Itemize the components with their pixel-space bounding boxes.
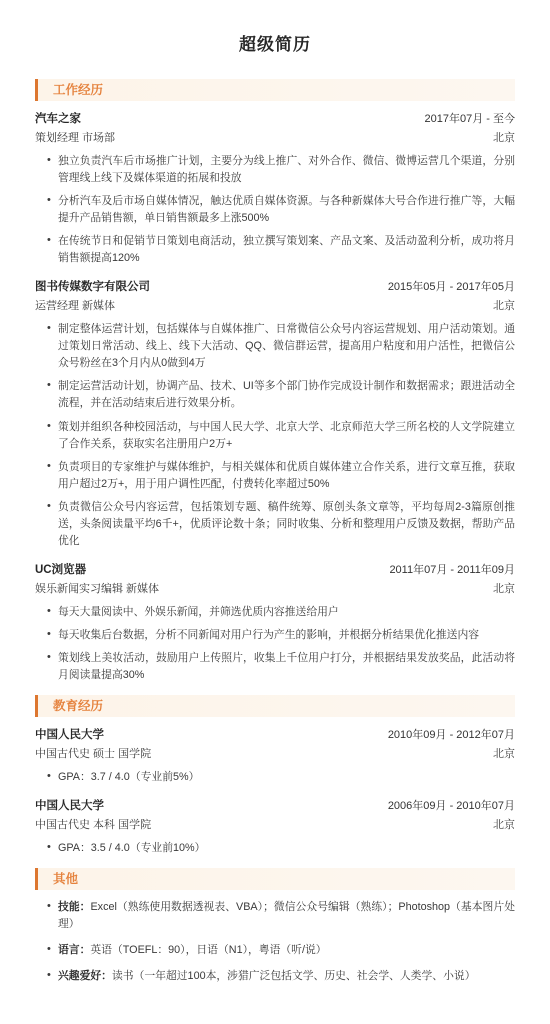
section-education: 教育经历中国人民大学2010年09月 - 2012年07月中国古代史 硕士 国学… (35, 695, 515, 857)
bullet-dot: • (47, 649, 51, 666)
resume-entry: 中国人民大学2006年09月 - 2010年07月中国古代史 本科 国学院北京•… (35, 797, 515, 857)
section-header-work: 工作经历 (35, 79, 515, 101)
section-other: 其他•技能：Excel（熟练使用数据透视表、VBA）；微信公众号编辑（熟练）；P… (35, 868, 515, 985)
bullet-dot: • (47, 232, 51, 249)
bullet-item: •技能：Excel（熟练使用数据透视表、VBA）；微信公众号编辑（熟练）；Pho… (47, 899, 515, 933)
entry-date: 2006年09月 - 2010年07月 (388, 797, 515, 813)
resume-entry: UC浏览器2011年07月 - 2011年09月娱乐新闻实习编辑 新媒体北京•每… (35, 561, 515, 684)
bullet-dot: • (47, 967, 51, 984)
bullet-item: •负责微信公众号内容运营，包括策划专题、稿件统筹、原创头条文章等，平均每周2-3… (47, 499, 515, 550)
entry-bullet-list: •GPA：3.5 / 4.0（专业前10%） (35, 840, 515, 857)
bullet-text: 负责微信公众号内容运营，包括策划专题、稿件统筹、原创头条文章等，平均每周2-3篇… (58, 501, 515, 547)
bullet-dot: • (47, 192, 51, 209)
entry-name: 中国人民大学 (35, 797, 104, 813)
entry-name: 汽车之家 (35, 110, 81, 126)
bullet-text: GPA：3.7 / 4.0（专业前5%） (58, 771, 199, 783)
bullet-text: 分析汽车及后市场自媒体情况，触达优质自媒体资源。与各种新媒体大号合作进行推广等，… (58, 195, 515, 224)
entry-subheader-row: 中国古代史 本科 国学院北京 (35, 816, 515, 832)
entry-subheader-row: 娱乐新闻实习编辑 新媒体北京 (35, 580, 515, 596)
bullet-text: GPA：3.5 / 4.0（专业前10%） (58, 842, 205, 854)
entry-subheader-row: 运营经理 新媒体北京 (35, 297, 515, 313)
entry-subheader-row: 中国古代史 硕士 国学院北京 (35, 745, 515, 761)
bullet-text: 制定整体运营计划，包括媒体与自媒体推广、日常微信公众号内容运营规划、用户活动策划… (58, 323, 515, 369)
bullet-item: •每天大量阅读中、外娱乐新闻，并筛选优质内容推送给用户 (47, 604, 515, 621)
resume-entry: 图书传媒数字有限公司2015年05月 - 2017年05月运营经理 新媒体北京•… (35, 278, 515, 550)
entry-header-row: 图书传媒数字有限公司2015年05月 - 2017年05月 (35, 278, 515, 294)
entry-header-row: UC浏览器2011年07月 - 2011年09月 (35, 561, 515, 577)
bullet-text: 在传统节日和促销节日策划电商活动，独立撰写策划案、产品文案、及活动盈利分析，成功… (58, 235, 515, 264)
bullet-dot: • (47, 898, 51, 915)
bullet-item: •分析汽车及后市场自媒体情况，触达优质自媒体资源。与各种新媒体大号合作进行推广等… (47, 193, 515, 227)
entry-header-row: 汽车之家2017年07月 - 至今 (35, 110, 515, 126)
bullet-item: •独立负责汽车后市场推广计划，主要分为线上推广、对外合作、微信、微博运营几个渠道… (47, 153, 515, 187)
bullet-item: •策划并组织各种校园活动，与中国人民大学、北京大学、北京师范大学三所名校的人文学… (47, 419, 515, 453)
entry-location: 北京 (493, 129, 515, 145)
bullet-dot: • (47, 152, 51, 169)
bullet-item: •GPA：3.7 / 4.0（专业前5%） (47, 769, 515, 786)
bullet-dot: • (47, 603, 51, 620)
entry-name: UC浏览器 (35, 561, 86, 577)
bullet-item: •GPA：3.5 / 4.0（专业前10%） (47, 840, 515, 857)
bullet-label: 语言： (58, 944, 90, 956)
bullet-dot: • (47, 941, 51, 958)
bullet-text: 策划并组织各种校园活动，与中国人民大学、北京大学、北京师范大学三所名校的人文学院… (58, 421, 515, 450)
bullet-label: 兴趣爱好： (58, 970, 112, 982)
resume-entry: 汽车之家2017年07月 - 至今策划经理 市场部北京•独立负责汽车后市场推广计… (35, 110, 515, 267)
entry-subtitle: 娱乐新闻实习编辑 新媒体 (35, 580, 159, 596)
bullet-dot: • (47, 498, 51, 515)
entry-subtitle: 策划经理 市场部 (35, 129, 115, 145)
bullet-item: •在传统节日和促销节日策划电商活动，独立撰写策划案、产品文案、及活动盈利分析，成… (47, 233, 515, 267)
bullet-dot: • (47, 768, 51, 785)
bullet-text: Excel（熟练使用数据透视表、VBA）；微信公众号编辑（熟练）；Photosh… (58, 901, 515, 930)
bullet-label: 技能： (58, 901, 90, 913)
bullet-item: •制定整体运营计划，包括媒体与自媒体推广、日常微信公众号内容运营规划、用户活动策… (47, 321, 515, 372)
entry-location: 北京 (493, 297, 515, 313)
bullet-item: •每天收集后台数据，分析不同新闻对用户行为产生的影响，并根据分析结果优化推送内容 (47, 627, 515, 644)
entry-subtitle: 运营经理 新媒体 (35, 297, 115, 313)
entry-subtitle: 中国古代史 硕士 国学院 (35, 745, 151, 761)
bullet-dot: • (47, 320, 51, 337)
entry-location: 北京 (493, 816, 515, 832)
other-bullet-list: •技能：Excel（熟练使用数据透视表、VBA）；微信公众号编辑（熟练）；Pho… (35, 899, 515, 985)
section-title: 其他 (53, 872, 78, 886)
bullet-dot: • (47, 458, 51, 475)
bullet-item: •负责项目的专家维护与媒体维护，与相关媒体和优质自媒体建立合作关系，进行文章互推… (47, 459, 515, 493)
bullet-text: 独立负责汽车后市场推广计划，主要分为线上推广、对外合作、微信、微博运营几个渠道，… (58, 155, 515, 184)
bullet-dot: • (47, 626, 51, 643)
resume-sections: 工作经历汽车之家2017年07月 - 至今策划经理 市场部北京•独立负责汽车后市… (35, 79, 515, 985)
section-header-education: 教育经历 (35, 695, 515, 717)
bullet-dot: • (47, 418, 51, 435)
resume-title: 超级简历 (35, 30, 515, 55)
entry-header-row: 中国人民大学2010年09月 - 2012年07月 (35, 726, 515, 742)
bullet-text: 负责项目的专家维护与媒体维护，与相关媒体和优质自媒体建立合作关系，进行文章互推，… (58, 461, 515, 490)
entry-subheader-row: 策划经理 市场部北京 (35, 129, 515, 145)
bullet-item: •策划线上美妆活动，鼓励用户上传照片，收集上千位用户打分，并根据结果发放奖品，此… (47, 650, 515, 684)
entry-bullet-list: •制定整体运营计划，包括媒体与自媒体推广、日常微信公众号内容运营规划、用户活动策… (35, 321, 515, 550)
entry-bullet-list: •独立负责汽车后市场推广计划，主要分为线上推广、对外合作、微信、微博运营几个渠道… (35, 153, 515, 267)
bullet-text: 每天收集后台数据，分析不同新闻对用户行为产生的影响，并根据分析结果优化推送内容 (58, 629, 479, 641)
bullet-text: 每天大量阅读中、外娱乐新闻，并筛选优质内容推送给用户 (58, 606, 339, 618)
bullet-item: •兴趣爱好：读书（一年超过100本，涉猎广泛包括文学、历史、社会学、人类学、小说… (47, 968, 515, 985)
bullet-item: •制定运营活动计划，协调产品、技术、UI等多个部门协作完成设计制作和数据需求；跟… (47, 378, 515, 412)
bullet-text: 策划线上美妆活动，鼓励用户上传照片，收集上千位用户打分，并根据结果发放奖品，此活… (58, 652, 515, 681)
bullet-text: 英语（TOEFL：90），日语（N1），粤语（听/说） (90, 944, 326, 956)
entry-subtitle: 中国古代史 本科 国学院 (35, 816, 151, 832)
entry-name: 图书传媒数字有限公司 (35, 278, 150, 294)
bullet-dot: • (47, 377, 51, 394)
resume-page: 超级简历 工作经历汽车之家2017年07月 - 至今策划经理 市场部北京•独立负… (0, 0, 550, 1024)
entry-bullet-list: •GPA：3.7 / 4.0（专业前5%） (35, 769, 515, 786)
entry-bullet-list: •每天大量阅读中、外娱乐新闻，并筛选优质内容推送给用户•每天收集后台数据，分析不… (35, 604, 515, 684)
entry-date: 2017年07月 - 至今 (425, 110, 515, 126)
section-header-other: 其他 (35, 868, 515, 890)
entry-location: 北京 (493, 745, 515, 761)
bullet-item: •语言：英语（TOEFL：90），日语（N1），粤语（听/说） (47, 942, 515, 959)
entry-date: 2011年07月 - 2011年09月 (389, 561, 515, 577)
section-title: 教育经历 (53, 699, 103, 713)
resume-entry: 中国人民大学2010年09月 - 2012年07月中国古代史 硕士 国学院北京•… (35, 726, 515, 786)
bullet-text: 制定运营活动计划，协调产品、技术、UI等多个部门协作完成设计制作和数据需求；跟进… (58, 380, 515, 409)
section-title: 工作经历 (53, 83, 103, 97)
entry-name: 中国人民大学 (35, 726, 104, 742)
entry-header-row: 中国人民大学2006年09月 - 2010年07月 (35, 797, 515, 813)
bullet-text: 读书（一年超过100本，涉猎广泛包括文学、历史、社会学、人类学、小说） (112, 970, 476, 982)
section-work: 工作经历汽车之家2017年07月 - 至今策划经理 市场部北京•独立负责汽车后市… (35, 79, 515, 684)
entry-date: 2015年05月 - 2017年05月 (388, 278, 515, 294)
entry-location: 北京 (493, 580, 515, 596)
bullet-dot: • (47, 839, 51, 856)
entry-date: 2010年09月 - 2012年07月 (388, 726, 515, 742)
